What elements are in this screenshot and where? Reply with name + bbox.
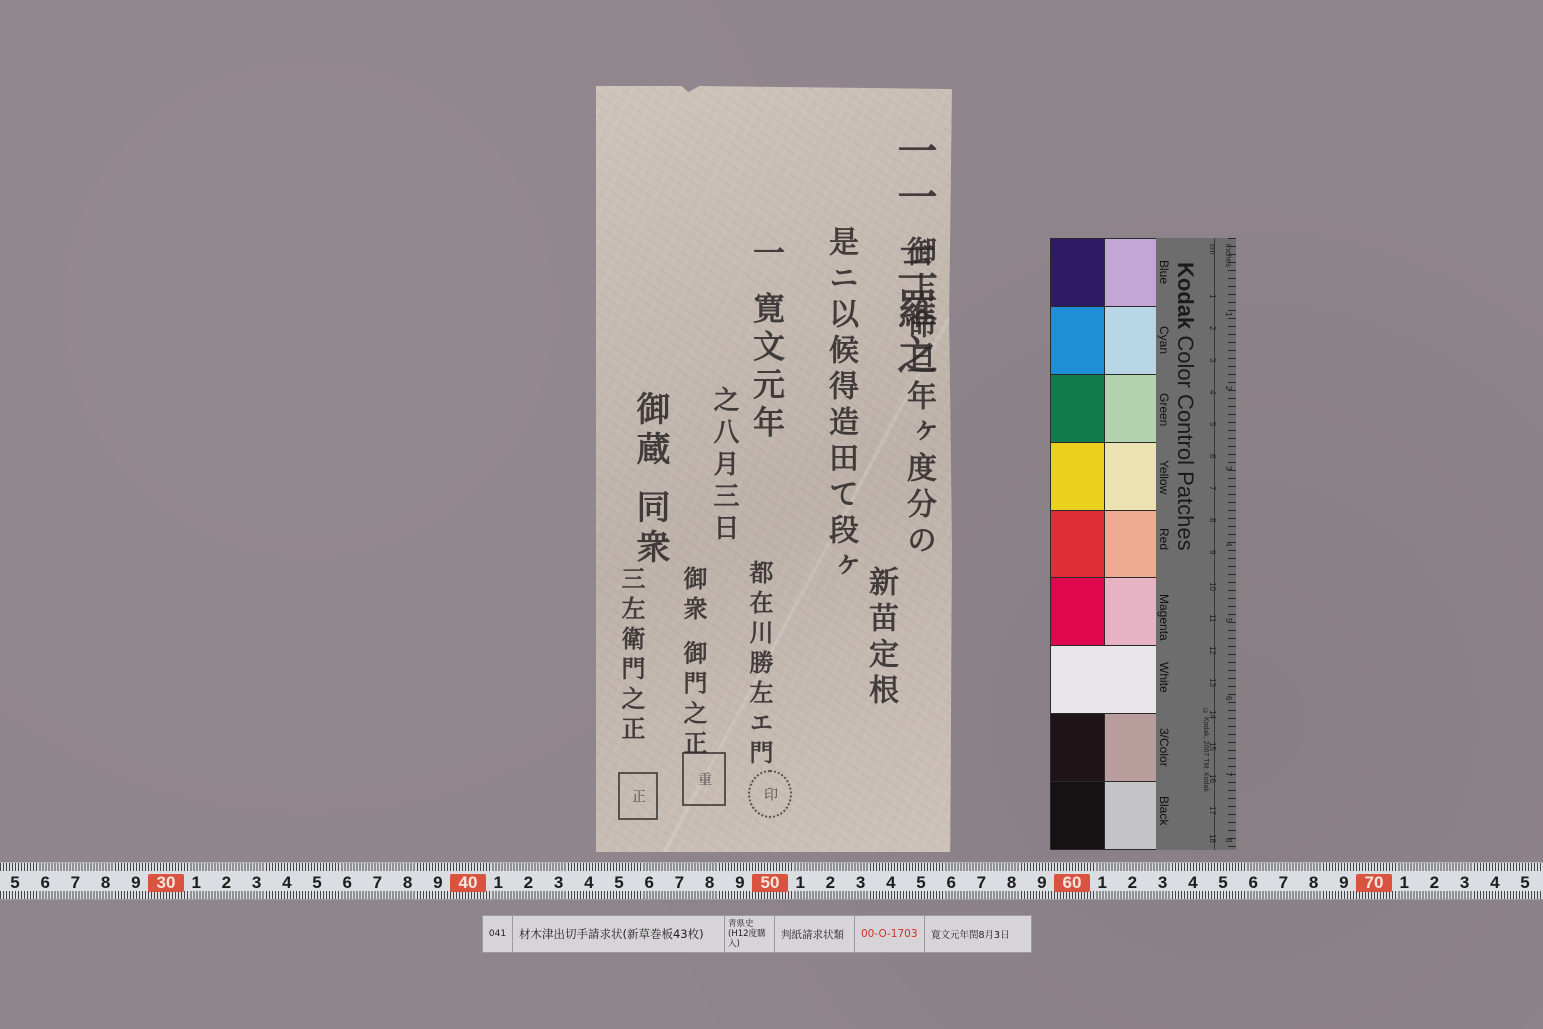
color-patches — [1050, 238, 1156, 850]
tape-major-mark: 40 — [450, 874, 486, 892]
inch-mark: 8 — [1224, 838, 1233, 842]
cm-mark: 13 — [1208, 678, 1217, 687]
patch-green-dark — [1051, 375, 1104, 442]
ink-seal-square: 重 — [682, 752, 726, 806]
kodak-title: Kodak Color Control Patches — [1172, 262, 1198, 551]
inch-mark: 7 — [1224, 772, 1233, 776]
tape-mark: 2 — [1419, 873, 1449, 893]
document-column: 之八月三日 — [706, 386, 743, 546]
document-column: 御蔵 同衆 — [626, 391, 675, 569]
kodak-brand: Kodak — [1173, 262, 1198, 329]
document-column: 都在川勝左エ門 — [742, 560, 777, 770]
cm-mark: 9 — [1208, 550, 1217, 554]
tape-mark: 7 — [1268, 873, 1298, 893]
patch-black-dark — [1051, 782, 1104, 849]
tape-mark: 9 — [1027, 873, 1057, 893]
tape-mark: 2 — [815, 873, 845, 893]
tape-major-mark: 50 — [752, 874, 788, 892]
inch-mark: 4 — [1224, 542, 1233, 546]
tape-mark: 3 — [242, 873, 272, 893]
label-id-code: 00-O-1703 — [855, 916, 925, 952]
cm-mark: 7 — [1208, 486, 1217, 490]
tape-mark: 9 — [1329, 873, 1359, 893]
tape-mark: 5 — [302, 873, 332, 893]
tape-major-mark: 70 — [1356, 874, 1392, 892]
tape-mark: 3 — [544, 873, 574, 893]
kodak-label-bar: Kodak Color Control Patches Blue Cyan Gr… — [1156, 238, 1236, 850]
patch-label-cyan: Cyan — [1157, 326, 1171, 354]
tape-mark: 4 — [1178, 873, 1208, 893]
tape-ticks-top — [0, 863, 1543, 871]
label-number: 041 — [483, 916, 513, 952]
patch-blue-light — [1105, 239, 1158, 306]
tape-mark: 8 — [393, 873, 423, 893]
cm-mark: 10 — [1208, 582, 1217, 591]
cm-mark: 4 — [1208, 390, 1217, 394]
tape-mark: 3 — [846, 873, 876, 893]
tape-mark: 5 — [1208, 873, 1238, 893]
archive-photo: 一一 三羅之 御上命旦年ヶ度分の 是ニ以候得造田て段ヶ 新苗定根 一 寛文元年 … — [0, 0, 1543, 1029]
tape-mark: 8 — [91, 873, 121, 893]
tape-mark: 7 — [60, 873, 90, 893]
kodak-color-card: Kodak Color Control Patches Blue Cyan Gr… — [1050, 238, 1236, 850]
tape-mark: 3 — [1148, 873, 1178, 893]
label-source: 青県史(H12度購入) — [725, 916, 775, 952]
kodak-subtitle: Color Control Patches — [1173, 335, 1198, 550]
cm-mark: 12 — [1208, 646, 1217, 655]
cm-mark: 5 — [1208, 422, 1217, 426]
cm-mark: cm — [1208, 244, 1217, 255]
tape-mark: 6 — [332, 873, 362, 893]
patch-blue-dark — [1051, 239, 1104, 306]
patch-3color-dark — [1051, 714, 1104, 781]
inch-mark: 2 — [1224, 386, 1233, 390]
tape-mark: 1 — [1087, 873, 1117, 893]
tape-mark: 9 — [121, 873, 151, 893]
cm-mark: 3 — [1208, 358, 1217, 362]
inch-mark: inches — [1224, 244, 1233, 267]
tape-major-mark: 60 — [1054, 874, 1090, 892]
tape-major-mark: 30 — [148, 874, 184, 892]
tape-mark: 1 — [483, 873, 513, 893]
patch-label-yellow: Yellow — [1157, 460, 1171, 494]
patch-label-red: Red — [1157, 528, 1171, 550]
tape-mark: 6 — [30, 873, 60, 893]
document-column: 御衆 御門之正 — [676, 566, 711, 760]
tape-mark: 6 — [936, 873, 966, 893]
historical-document: 一一 三羅之 御上命旦年ヶ度分の 是ニ以候得造田て段ヶ 新苗定根 一 寛文元年 … — [596, 86, 952, 852]
document-column: 三左衛門之正 — [614, 566, 649, 746]
tape-mark: 4 — [876, 873, 906, 893]
patch-magenta-light — [1105, 578, 1158, 645]
cm-mark: 15 — [1208, 742, 1217, 751]
tape-mark: 4 — [1480, 873, 1510, 893]
tape-mark: 8 — [1299, 873, 1329, 893]
cm-mark: 17 — [1208, 806, 1217, 815]
inch-mark: 6 — [1224, 696, 1233, 700]
tape-mark: 4 — [272, 873, 302, 893]
tape-mark: 9 — [423, 873, 453, 893]
cm-mark: 11 — [1208, 614, 1217, 622]
patch-yellow-dark — [1051, 443, 1104, 510]
tape-measure: 5678930123456789401234567895012345678960… — [0, 862, 1543, 900]
tape-mark: 4 — [574, 873, 604, 893]
tape-mark: 2 — [513, 873, 543, 893]
document-column: 一 寛文元年 — [744, 236, 790, 443]
inch-mark: 3 — [1224, 466, 1233, 470]
patch-white — [1051, 646, 1158, 713]
inch-mark: 1 — [1224, 312, 1233, 316]
patch-cyan-dark — [1051, 307, 1104, 374]
patch-label-green: Green — [1157, 393, 1171, 426]
patch-label-black: Black — [1157, 796, 1171, 825]
tape-mark: 1 — [1389, 873, 1419, 893]
tape-mark: 5 — [1510, 873, 1540, 893]
ink-seal-round: 印 — [748, 770, 792, 818]
cm-mark: 1 — [1208, 294, 1217, 298]
tape-mark: 8 — [695, 873, 725, 893]
tape-mark: 1 — [785, 873, 815, 893]
tape-mark: 2 — [1117, 873, 1147, 893]
patch-3color-light — [1105, 714, 1158, 781]
tape-mark: 8 — [997, 873, 1027, 893]
tape-mark: 2 — [211, 873, 241, 893]
label-category: 判紙請求状類 — [775, 916, 855, 952]
patch-red-light — [1105, 511, 1158, 578]
catalog-label: 041 材木津出切手請求状(新草巻板43枚) 青県史(H12度購入) 判紙請求状… — [482, 915, 1032, 953]
tape-mark: 5 — [604, 873, 634, 893]
tape-mark: 5 — [906, 873, 936, 893]
tape-mark: 6 — [634, 873, 664, 893]
tape-mark: 7 — [664, 873, 694, 893]
tape-mark: 1 — [181, 873, 211, 893]
document-column: 御上命旦年ヶ度分の — [896, 236, 940, 560]
patch-label-3color: 3/Color — [1157, 728, 1171, 767]
cm-mark: 6 — [1208, 454, 1217, 458]
patch-green-light — [1105, 375, 1158, 442]
tape-mark: 7 — [362, 873, 392, 893]
cm-mark: 16 — [1208, 774, 1217, 783]
patch-label-magenta: Magenta — [1157, 594, 1171, 641]
tape-mark: 7 — [966, 873, 996, 893]
document-column: 是ニ以候得造田て段ヶ — [818, 226, 862, 586]
document-column: 新苗定根 — [858, 566, 902, 710]
tape-mark: 5 — [0, 873, 30, 893]
patch-yellow-light — [1105, 443, 1158, 510]
tape-mark: 6 — [1238, 873, 1268, 893]
tape-mark: 3 — [1450, 873, 1480, 893]
patch-red-dark — [1051, 511, 1104, 578]
inch-mark: 5 — [1224, 618, 1233, 622]
patch-cyan-light — [1105, 307, 1158, 374]
patch-label-blue: Blue — [1157, 260, 1171, 284]
cm-mark: 2 — [1208, 326, 1217, 330]
cm-mark: 18 — [1208, 834, 1217, 843]
patch-magenta-dark — [1051, 578, 1104, 645]
tape-mark: 9 — [725, 873, 755, 893]
label-title: 材木津出切手請求状(新草巻板43枚) — [513, 916, 725, 952]
patch-black-light — [1105, 782, 1158, 849]
cm-mark: 14 — [1208, 710, 1217, 719]
ink-seal-square: 正 — [618, 772, 658, 820]
label-date: 寛文元年閏8月3日 — [925, 916, 1031, 952]
patch-label-white: White — [1157, 662, 1171, 693]
cm-mark: 8 — [1208, 518, 1217, 522]
